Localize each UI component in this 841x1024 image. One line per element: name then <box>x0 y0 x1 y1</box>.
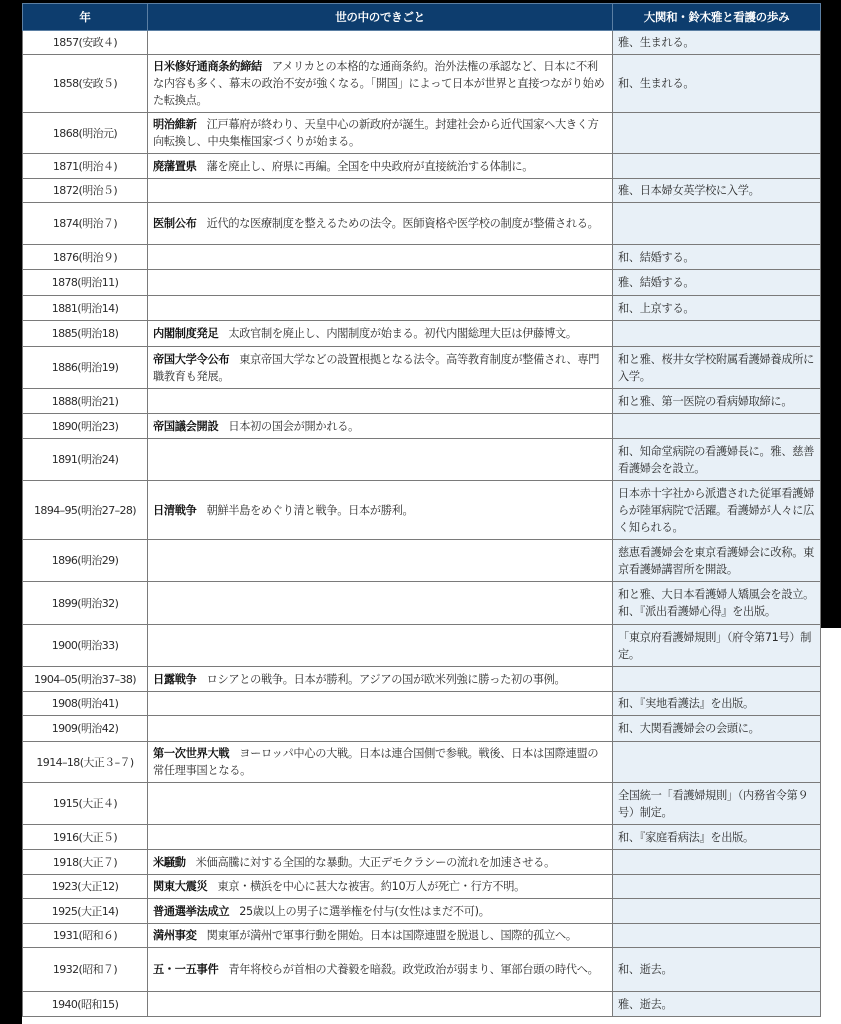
table-row: 1868(明治元)明治維新江戸幕府が終わり、天皇中心の新政府が誕生。封建社会から… <box>23 113 821 154</box>
event-cell: 医制公布近代的な医療制度を整えるための法令。医師資格や医学校の制度が整備される。 <box>148 203 613 245</box>
year-cell: 1916(大正５) <box>23 825 148 850</box>
table-row: 1896(明治29)慈恵看護婦会を東京看護婦会に改称。東京看護婦講習所を開設。 <box>23 540 821 582</box>
year-cell: 1909(明治42) <box>23 716 148 742</box>
event-cell <box>148 825 613 850</box>
table-row: 1916(大正５)和、『家庭看病法』を出版。 <box>23 825 821 850</box>
event-cell: 普通選挙法成立25歳以上の男子に選挙権を付与(女性はまだ不可)。 <box>148 899 613 924</box>
nursing-cell <box>613 875 821 899</box>
timeline-table: 年 世の中のできごと 大関和・鈴木雅と看護の歩み 1857(安政４)雅、生まれる… <box>22 3 821 1017</box>
event-title: 廃藩置県 <box>153 160 197 173</box>
year-cell: 1871(明治４) <box>23 154 148 179</box>
nursing-cell: 和、知命堂病院の看護婦長に。雅、慈善看護婦会を設立。 <box>613 439 821 481</box>
year-cell: 1890(明治23) <box>23 414 148 439</box>
year-cell: 1932(昭和７) <box>23 948 148 992</box>
nursing-cell <box>613 742 821 783</box>
event-cell <box>148 582 613 625</box>
nursing-cell <box>613 321 821 347</box>
nursing-cell: 慈恵看護婦会を東京看護婦会に改称。東京看護婦講習所を開設。 <box>613 540 821 582</box>
nursing-cell <box>613 850 821 875</box>
event-title: 日露戦争 <box>153 673 197 686</box>
nursing-cell: 和と雅、桜井女学校附属看護婦養成所に入学。 <box>613 347 821 389</box>
event-title: 帝国議会開設 <box>153 420 218 433</box>
table-row: 1878(明治11)雅、結婚する。 <box>23 270 821 296</box>
nursing-cell <box>613 899 821 924</box>
event-cell: 第一次世界大戦ヨーロッパ中心の大戦。日本は連合国側で参戦。戦後、日本は国際連盟の… <box>148 742 613 783</box>
nursing-cell <box>613 154 821 179</box>
event-cell <box>148 245 613 270</box>
year-cell: 1891(明治24) <box>23 439 148 481</box>
table-row: 1932(昭和７)五・一五事件青年将校らが首相の犬養毅を暗殺。政党政治が弱まり、… <box>23 948 821 992</box>
table-row: 1894–95(明治27–28)日清戦争朝鮮半島をめぐり清と戦争。日本が勝利。日… <box>23 481 821 540</box>
nursing-cell: 和、大関看護婦会の会頭に。 <box>613 716 821 742</box>
year-cell: 1918(大正７) <box>23 850 148 875</box>
nursing-cell: 日本赤十字社から派遣された従軍看護婦らが陸軍病院で活躍。看護婦が人々に広く知られ… <box>613 481 821 540</box>
nursing-cell: 雅、結婚する。 <box>613 270 821 296</box>
event-description: 25歳以上の男子に選挙権を付与(女性はまだ不可)。 <box>239 905 489 918</box>
nursing-cell: 和、『家庭看病法』を出版。 <box>613 825 821 850</box>
event-cell: 帝国大学令公布東京帝国大学などの設置根拠となる法令。高等教育制度が整備され、専門… <box>148 347 613 389</box>
year-cell: 1904–05(明治37–38) <box>23 667 148 692</box>
event-description: 東京・横浜を中心に甚大な被害。約10万人が死亡・行方不明。 <box>217 880 525 893</box>
event-title: 医制公布 <box>153 217 197 230</box>
event-cell: 帝国議会開設日本初の国会が開かれる。 <box>148 414 613 439</box>
table-row: 1888(明治21)和と雅、第一医院の看病婦取締に。 <box>23 389 821 414</box>
event-description: 青年将校らが首相の犬養毅を暗殺。政党政治が弱まり、軍部台頭の時代へ。 <box>228 963 598 976</box>
event-cell: 日米修好通商条約締結アメリカとの本格的な通商条約。治外法権の承認など、日本に不利… <box>148 55 613 113</box>
year-cell: 1914–18(大正３–７) <box>23 742 148 783</box>
page-background-notch <box>820 628 841 1024</box>
event-description: 米価高騰に対する全国的な暴動。大正デモクラシーの流れを加速させる。 <box>196 856 555 869</box>
event-cell <box>148 296 613 321</box>
event-description: 朝鮮半島をめぐり清と戦争。日本が勝利。 <box>207 504 414 517</box>
year-cell: 1886(明治19) <box>23 347 148 389</box>
year-cell: 1868(明治元) <box>23 113 148 154</box>
event-description: 藩を廃止し、府県に再編。全国を中央政府が直接統治する体制に。 <box>207 160 534 173</box>
year-cell: 1872(明治５) <box>23 179 148 203</box>
year-cell: 1923(大正12) <box>23 875 148 899</box>
event-cell: 満州事変関東軍が満州で軍事行動を開始。日本は国際連盟を脱退し、国際的孤立へ。 <box>148 924 613 948</box>
event-cell <box>148 625 613 667</box>
event-title: 関東大震災 <box>153 880 207 893</box>
event-cell <box>148 179 613 203</box>
nursing-cell: 雅、生まれる。 <box>613 31 821 55</box>
table-row: 1915(大正４)全国統一「看護婦規則」（内務省令第９号）制定。 <box>23 783 821 825</box>
nursing-cell: 和、上京する。 <box>613 296 821 321</box>
table-row: 1857(安政４)雅、生まれる。 <box>23 31 821 55</box>
table-row: 1923(大正12)関東大震災東京・横浜を中心に甚大な被害。約10万人が死亡・行… <box>23 875 821 899</box>
header-row: 年 世の中のできごと 大関和・鈴木雅と看護の歩み <box>23 4 821 31</box>
table-row: 1881(明治14)和、上京する。 <box>23 296 821 321</box>
event-cell <box>148 389 613 414</box>
event-cell: 明治維新江戸幕府が終わり、天皇中心の新政府が誕生。封建社会から近代国家へ大きく方… <box>148 113 613 154</box>
nursing-cell: 和と雅、大日本看護婦人矯風会を設立。和、『派出看護婦心得』を出版。 <box>613 582 821 625</box>
event-cell <box>148 692 613 716</box>
year-cell: 1931(昭和６) <box>23 924 148 948</box>
table-row: 1925(大正14)普通選挙法成立25歳以上の男子に選挙権を付与(女性はまだ不可… <box>23 899 821 924</box>
event-title: 帝国大学令公布 <box>153 353 229 366</box>
event-title: 第一次世界大戦 <box>153 747 229 760</box>
year-cell: 1881(明治14) <box>23 296 148 321</box>
nursing-cell: 和、『実地看護法』を出版。 <box>613 692 821 716</box>
table-row: 1904–05(明治37–38)日露戦争ロシアとの戦争。日本が勝利。アジアの国が… <box>23 667 821 692</box>
table-row: 1940(昭和15)雅、逝去。 <box>23 992 821 1017</box>
nursing-cell: 雅、日本婦女英学校に入学。 <box>613 179 821 203</box>
event-description: 江戸幕府が終わり、天皇中心の新政府が誕生。封建社会から近代国家へ大きく方向転換し… <box>153 118 599 148</box>
table-row: 1871(明治４)廃藩置県藩を廃止し、府県に再編。全国を中央政府が直接統治する体… <box>23 154 821 179</box>
nursing-cell <box>613 414 821 439</box>
table-row: 1918(大正７)米騒動米価高騰に対する全国的な暴動。大正デモクラシーの流れを加… <box>23 850 821 875</box>
table-row: 1931(昭和６)満州事変関東軍が満州で軍事行動を開始。日本は国際連盟を脱退し、… <box>23 924 821 948</box>
year-cell: 1876(明治９) <box>23 245 148 270</box>
table-row: 1899(明治32)和と雅、大日本看護婦人矯風会を設立。和、『派出看護婦心得』を… <box>23 582 821 625</box>
nursing-cell <box>613 203 821 245</box>
event-title: 普通選挙法成立 <box>153 905 229 918</box>
event-cell <box>148 31 613 55</box>
table-row: 1858(安政５)日米修好通商条約締結アメリカとの本格的な通商条約。治外法権の承… <box>23 55 821 113</box>
event-cell: 関東大震災東京・横浜を中心に甚大な被害。約10万人が死亡・行方不明。 <box>148 875 613 899</box>
table-row: 1900(明治33)「東京府看護婦規則」（府令第71号）制定。 <box>23 625 821 667</box>
year-cell: 1900(明治33) <box>23 625 148 667</box>
table-row: 1914–18(大正３–７)第一次世界大戦ヨーロッパ中心の大戦。日本は連合国側で… <box>23 742 821 783</box>
event-cell <box>148 992 613 1017</box>
nursing-cell: 雅、逝去。 <box>613 992 821 1017</box>
year-cell: 1896(明治29) <box>23 540 148 582</box>
table-row: 1908(明治41)和、『実地看護法』を出版。 <box>23 692 821 716</box>
event-title: 満州事変 <box>153 929 197 942</box>
header-event: 世の中のできごと <box>148 4 613 31</box>
year-cell: 1894–95(明治27–28) <box>23 481 148 540</box>
header-nursing: 大関和・鈴木雅と看護の歩み <box>613 4 821 31</box>
table-row: 1886(明治19)帝国大学令公布東京帝国大学などの設置根拠となる法令。高等教育… <box>23 347 821 389</box>
event-cell: 内閣制度発足太政官制を廃止し、内閣制度が始まる。初代内閣総理大臣は伊藤博文。 <box>148 321 613 347</box>
event-cell <box>148 783 613 825</box>
table-row: 1885(明治18)内閣制度発足太政官制を廃止し、内閣制度が始まる。初代内閣総理… <box>23 321 821 347</box>
year-cell: 1915(大正４) <box>23 783 148 825</box>
event-cell: 廃藩置県藩を廃止し、府県に再編。全国を中央政府が直接統治する体制に。 <box>148 154 613 179</box>
year-cell: 1925(大正14) <box>23 899 148 924</box>
year-cell: 1874(明治７) <box>23 203 148 245</box>
year-cell: 1888(明治21) <box>23 389 148 414</box>
event-cell <box>148 270 613 296</box>
nursing-cell: 和と雅、第一医院の看病婦取締に。 <box>613 389 821 414</box>
event-cell <box>148 716 613 742</box>
table-row: 1890(明治23)帝国議会開設日本初の国会が開かれる。 <box>23 414 821 439</box>
year-cell: 1885(明治18) <box>23 321 148 347</box>
event-description: 近代的な医療制度を整えるための法令。医師資格や医学校の制度が整備される。 <box>207 217 599 230</box>
event-cell: 日清戦争朝鮮半島をめぐり清と戦争。日本が勝利。 <box>148 481 613 540</box>
year-cell: 1899(明治32) <box>23 582 148 625</box>
nursing-cell: 和、生まれる。 <box>613 55 821 113</box>
event-description: 日本初の国会が開かれる。 <box>228 420 359 433</box>
nursing-cell: 「東京府看護婦規則」（府令第71号）制定。 <box>613 625 821 667</box>
timeline-body: 1857(安政４)雅、生まれる。1858(安政５)日米修好通商条約締結アメリカと… <box>23 31 821 1017</box>
year-cell: 1858(安政５) <box>23 55 148 113</box>
table-row: 1909(明治42)和、大関看護婦会の会頭に。 <box>23 716 821 742</box>
event-title: 日米修好通商条約締結 <box>153 60 262 73</box>
table-row: 1891(明治24)和、知命堂病院の看護婦長に。雅、慈善看護婦会を設立。 <box>23 439 821 481</box>
nursing-cell: 和、結婚する。 <box>613 245 821 270</box>
year-cell: 1940(昭和15) <box>23 992 148 1017</box>
event-title: 米騒動 <box>153 856 186 869</box>
table-row: 1876(明治９)和、結婚する。 <box>23 245 821 270</box>
year-cell: 1878(明治11) <box>23 270 148 296</box>
event-title: 内閣制度発足 <box>153 327 218 340</box>
event-description: 関東軍が満州で軍事行動を開始。日本は国際連盟を脱退し、国際的孤立へ。 <box>207 929 577 942</box>
event-description: 太政官制を廃止し、内閣制度が始まる。初代内閣総理大臣は伊藤博文。 <box>228 327 576 340</box>
nursing-cell <box>613 113 821 154</box>
event-title: 日清戦争 <box>153 504 197 517</box>
table-row: 1872(明治５)雅、日本婦女英学校に入学。 <box>23 179 821 203</box>
event-cell: 日露戦争ロシアとの戦争。日本が勝利。アジアの国が欧米列強に勝った初の事例。 <box>148 667 613 692</box>
year-cell: 1908(明治41) <box>23 692 148 716</box>
nursing-cell <box>613 924 821 948</box>
event-title: 五・一五事件 <box>153 963 218 976</box>
nursing-cell <box>613 667 821 692</box>
event-cell <box>148 439 613 481</box>
event-title: 明治維新 <box>153 118 197 131</box>
event-cell <box>148 540 613 582</box>
nursing-cell: 和、逝去。 <box>613 948 821 992</box>
table-row: 1874(明治７)医制公布近代的な医療制度を整えるための法令。医師資格や医学校の… <box>23 203 821 245</box>
event-description: ロシアとの戦争。日本が勝利。アジアの国が欧米列強に勝った初の事例。 <box>207 673 566 686</box>
event-cell: 五・一五事件青年将校らが首相の犬養毅を暗殺。政党政治が弱まり、軍部台頭の時代へ。 <box>148 948 613 992</box>
nursing-cell: 全国統一「看護婦規則」（内務省令第９号）制定。 <box>613 783 821 825</box>
year-cell: 1857(安政４) <box>23 31 148 55</box>
event-cell: 米騒動米価高騰に対する全国的な暴動。大正デモクラシーの流れを加速させる。 <box>148 850 613 875</box>
header-year: 年 <box>23 4 148 31</box>
